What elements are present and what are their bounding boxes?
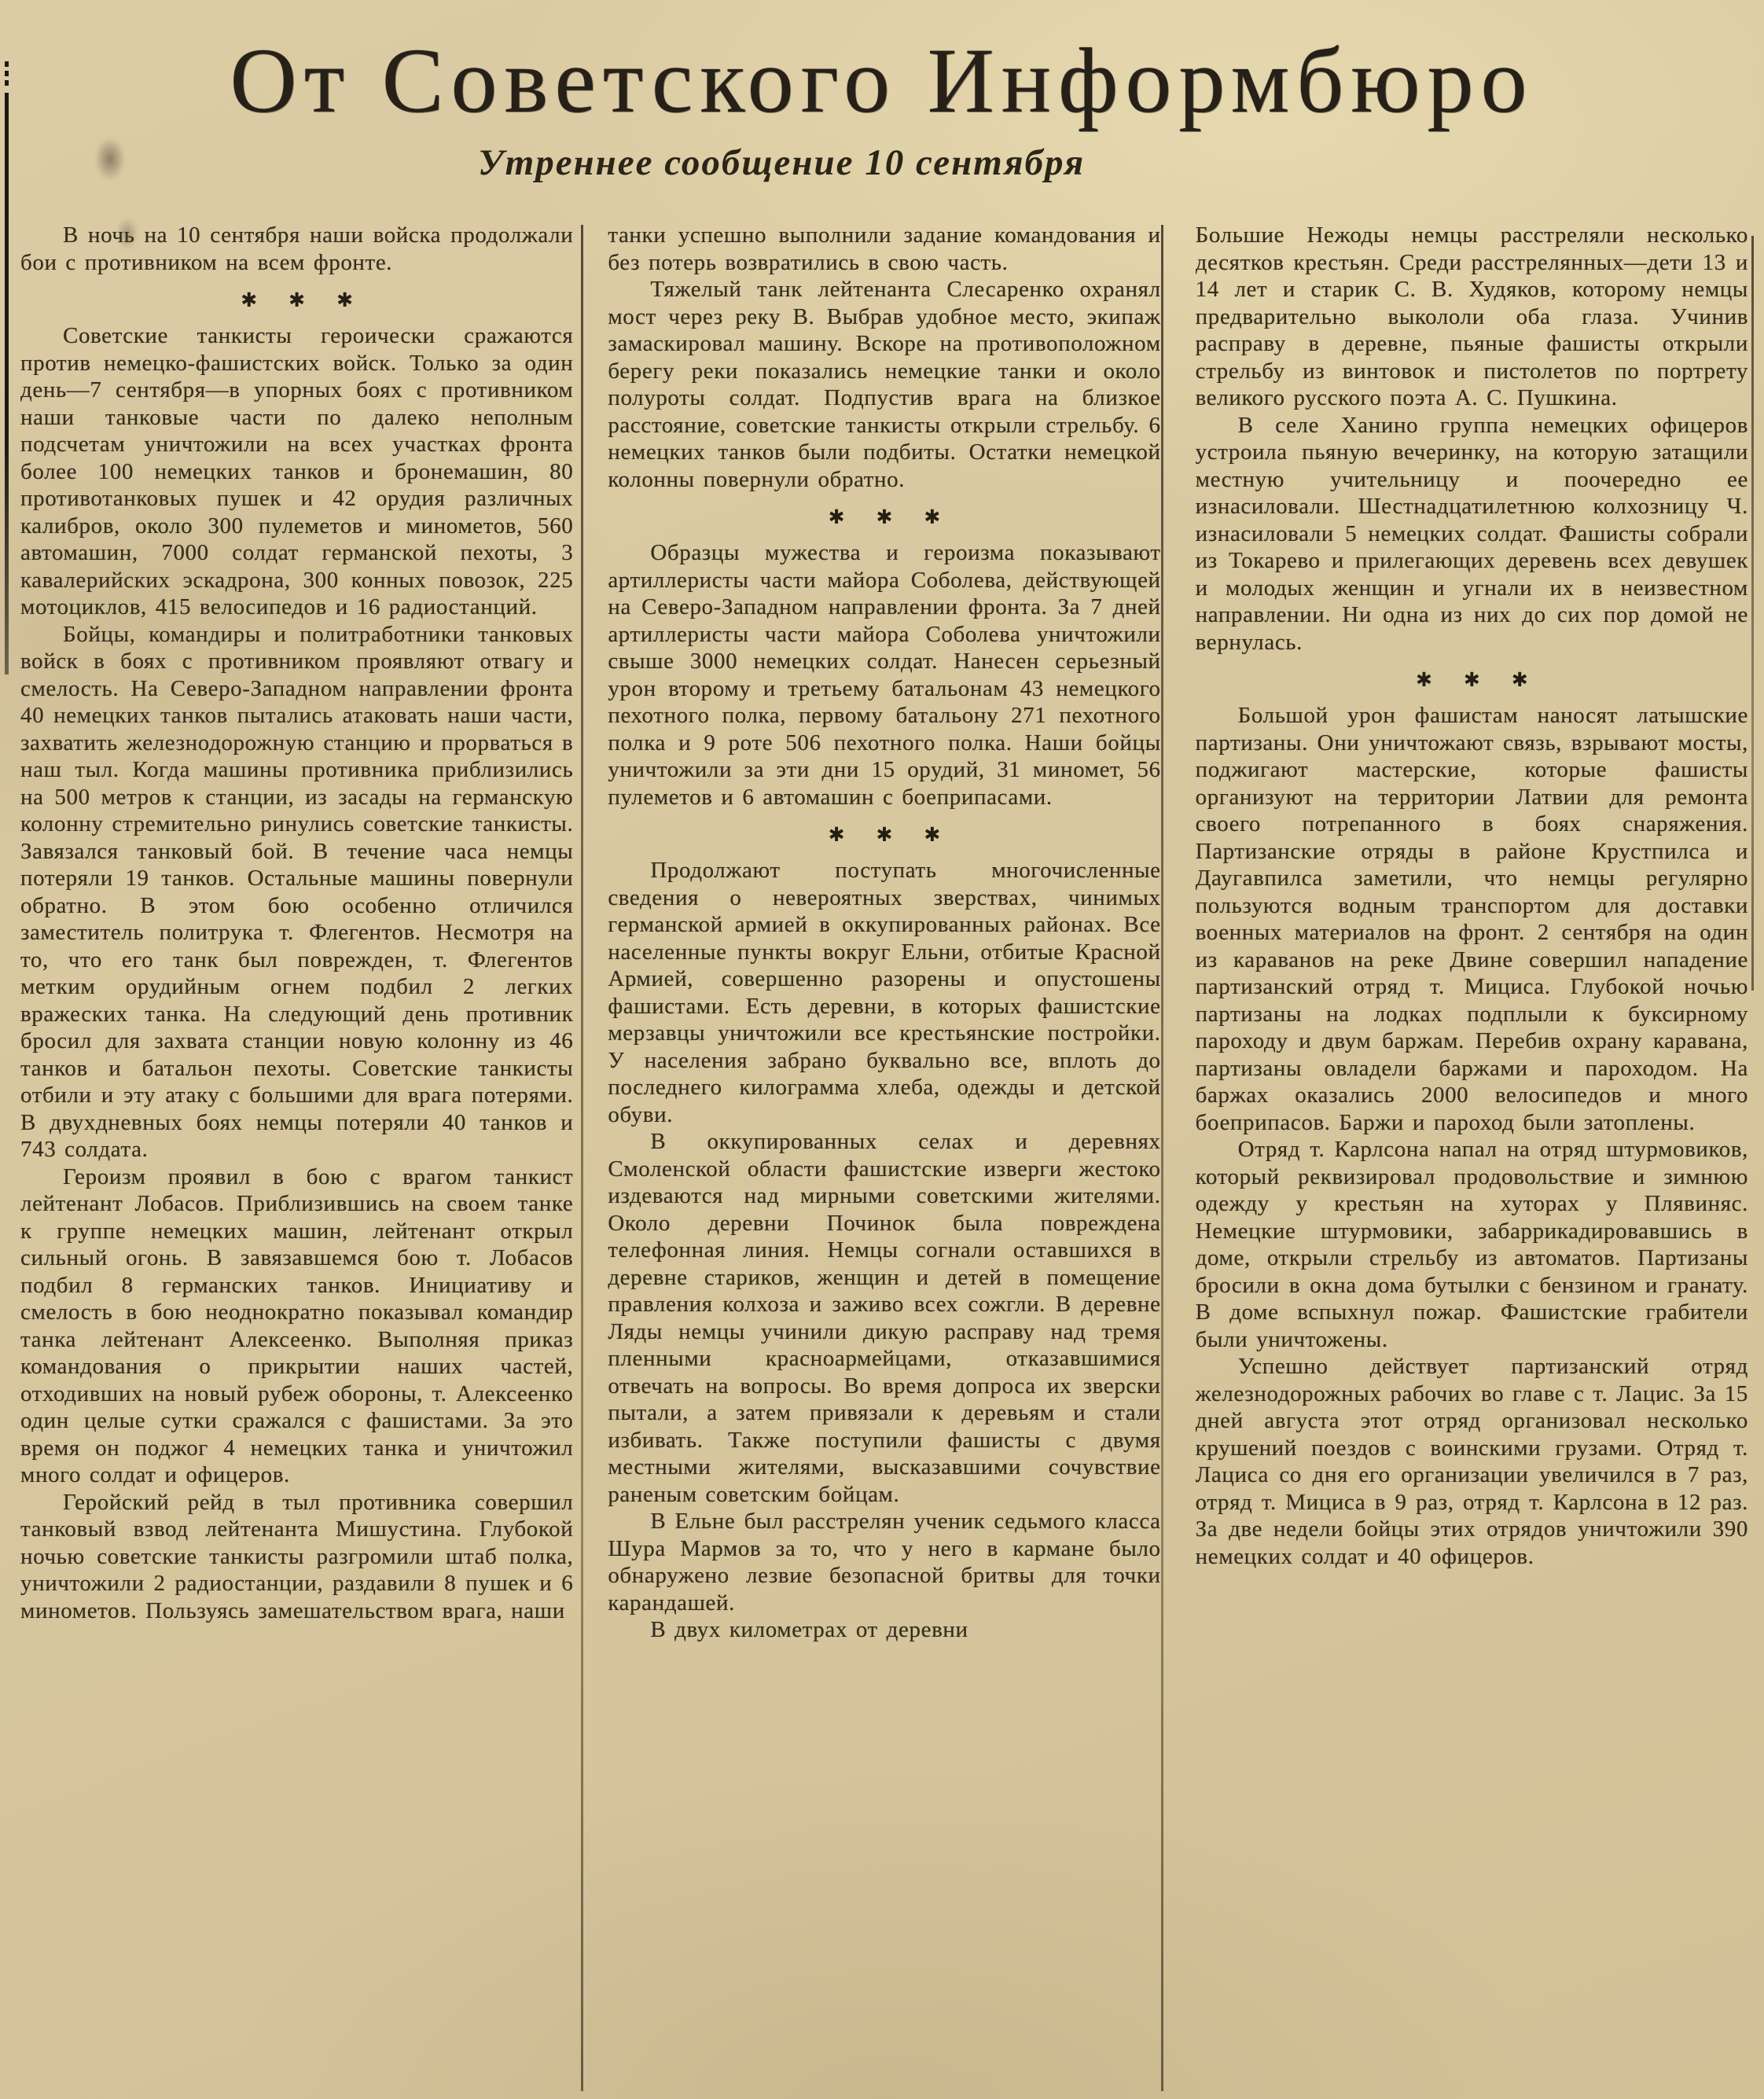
paragraph: Геройский рейд в тыл противника совершил…: [20, 1489, 573, 1625]
masthead-title: От Советского Информбюро: [47, 30, 1717, 132]
paragraph: Большой урон фашистам наносят латышские …: [1196, 702, 1748, 1136]
section-separator: ✱ ✱ ✱: [1196, 668, 1748, 691]
print-artifact: [5, 61, 9, 88]
section-separator: ✱ ✱ ✱: [608, 823, 1160, 846]
paragraph: Советские танкисты героически сражаются …: [20, 322, 573, 621]
paragraph: танки успешно выполнили задание командов…: [608, 222, 1160, 276]
paragraph: Отряд т. Карлсона напал на отряд штурмов…: [1196, 1136, 1748, 1353]
edition-subtitle: Утреннее сообщение 10 сентября: [0, 142, 1663, 184]
article-columns: В ночь на 10 сентября наши войска продол…: [20, 222, 1748, 2094]
newspaper-page: От Советского Информбюро Утреннее сообще…: [0, 0, 1764, 2099]
column-2: танки успешно выполнили задание командов…: [608, 222, 1160, 2094]
paragraph: Тяжелый танк лейтенанта Слесаренко охран…: [608, 276, 1160, 493]
column-1: В ночь на 10 сентября наши войска продол…: [20, 222, 573, 2094]
paragraph: В оккупированных селах и деревнях Смолен…: [608, 1128, 1160, 1508]
section-separator: ✱ ✱ ✱: [608, 505, 1160, 528]
column-rule: [1751, 236, 1754, 991]
column-rule: [1161, 225, 1163, 2091]
paragraph: В двух километрах от деревни: [608, 1616, 1160, 1644]
paragraph: Продолжают поступать многочисленные свед…: [608, 857, 1160, 1128]
paragraph: Образцы мужества и героизма показывают а…: [608, 539, 1160, 811]
paragraph: В селе Ханино группа немецких офицеров у…: [1196, 412, 1748, 656]
column-3: Большие Нежоды немцы расстреляли несколь…: [1196, 222, 1748, 2094]
paragraph: В ночь на 10 сентября наши войска продол…: [20, 222, 573, 276]
paragraph: Большие Нежоды немцы расстреляли несколь…: [1196, 222, 1748, 412]
paragraph: Успешно действует партизанский отряд жел…: [1196, 1353, 1748, 1570]
paragraph: Бойцы, командиры и политработники танков…: [20, 621, 573, 1163]
section-separator: ✱ ✱ ✱: [20, 289, 573, 311]
column-rule: [581, 225, 583, 2091]
paragraph: Героизм проявил в бою с врагом танкист л…: [20, 1163, 573, 1489]
paragraph: В Ельне был расстрелян ученик седьмого к…: [608, 1508, 1160, 1616]
